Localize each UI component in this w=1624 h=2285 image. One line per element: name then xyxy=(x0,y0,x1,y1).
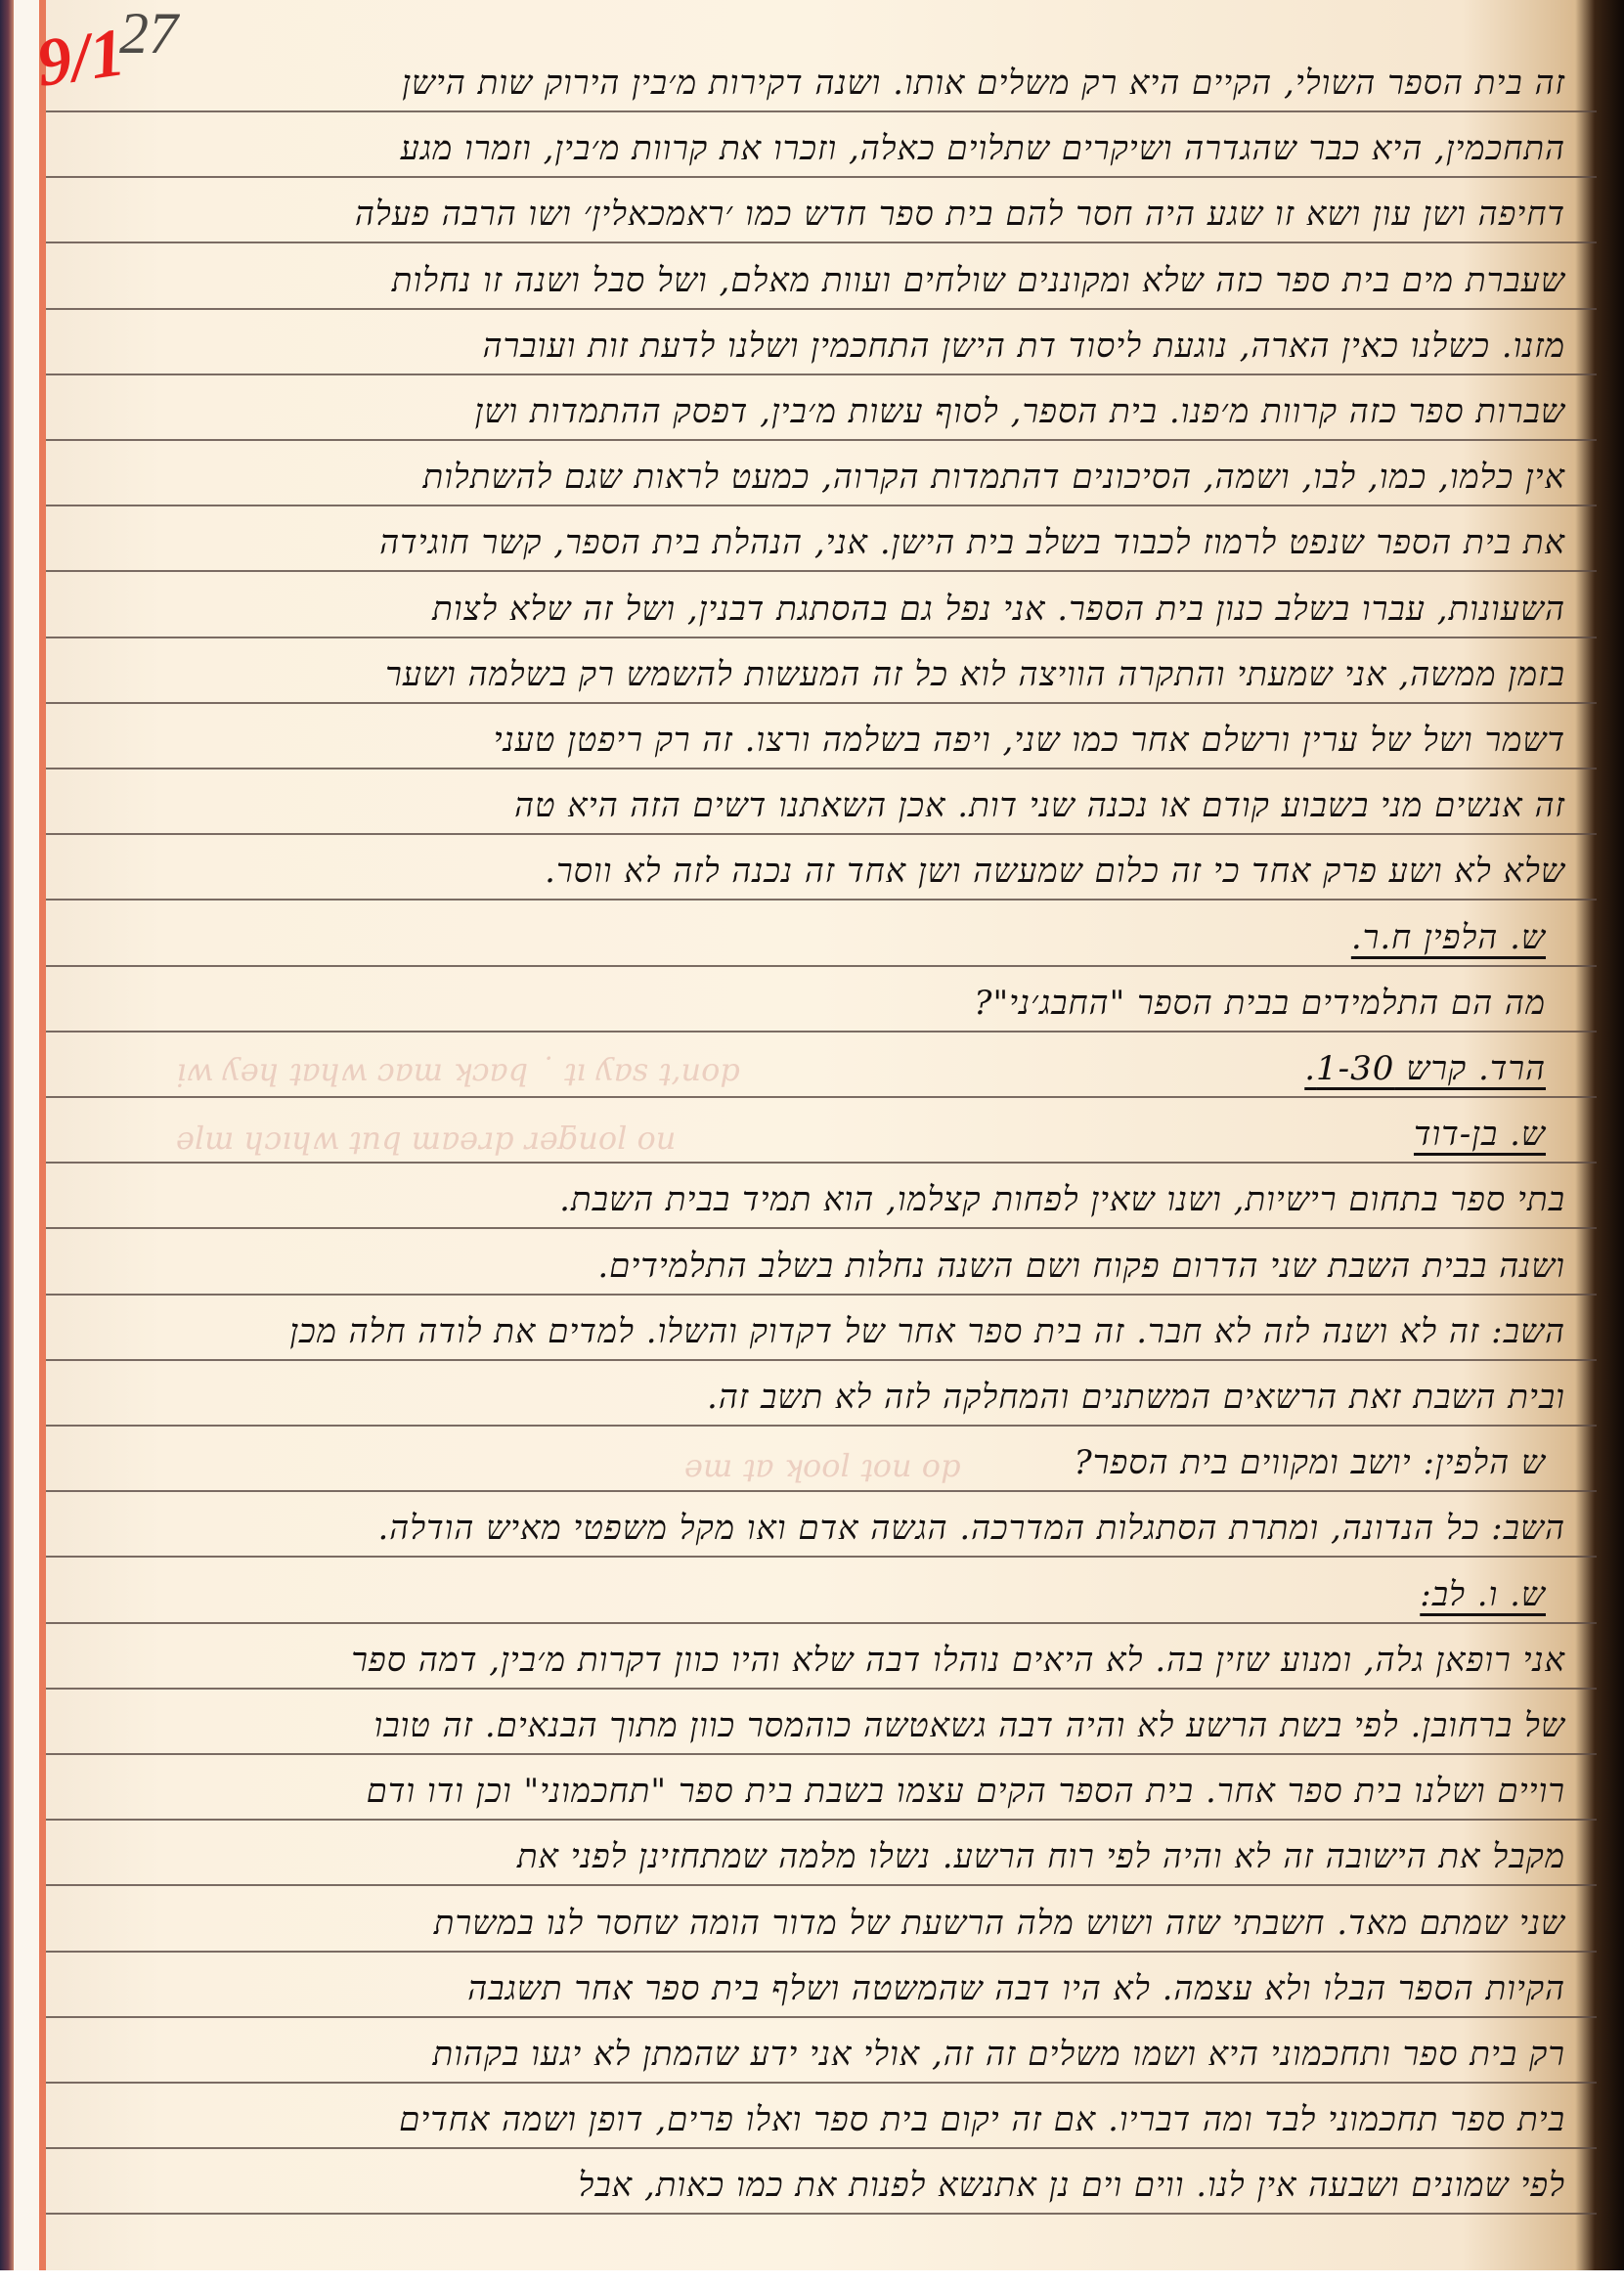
bottom-margin xyxy=(0,2270,1624,2285)
ruled-line xyxy=(46,1359,1597,1361)
folio-mark: 9/1 xyxy=(32,14,130,104)
manuscript-line: השב: כל הנדונה, ומתרת הסתגלות המדרכה. הג… xyxy=(377,1509,1565,1548)
manuscript-line: שעברת מים בית ספר כזה שלא ומקוננים שולחי… xyxy=(392,261,1565,300)
ruled-line xyxy=(46,1294,1597,1296)
bleed-through-text: ᴉʍ ʎǝɥ ʇɐɥʍ ɔɐɯ ʞɔɐq ˙ ʇı ʎɐs ʇ,uop xyxy=(176,1051,740,1088)
ruled-line xyxy=(46,176,1597,178)
ruled-line xyxy=(46,965,1597,967)
left-page-gap xyxy=(14,0,39,2270)
ruled-line xyxy=(46,899,1597,901)
manuscript-line: השעונות, עברו בשלב כנון בית הספר. אני נפ… xyxy=(432,590,1565,629)
ruled-line xyxy=(46,2213,1597,2215)
manuscript-line: רויים ושלנו בית ספר אחר. בית הספר הקים ע… xyxy=(367,1772,1565,1811)
manuscript-line: דשמר ושל של ערין ורשלם אחר כמו שני, ויפה… xyxy=(494,721,1565,760)
ruled-line xyxy=(46,1227,1597,1229)
ruled-line xyxy=(46,2016,1597,2018)
ruled-line xyxy=(46,1753,1597,1755)
ruled-line xyxy=(46,702,1597,704)
notebook-page: 9/1 27 ᴉʍ ʎǝɥ ʇɐɥʍ ɔɐɯ ʞɔɐq ˙ ʇı ʎɐs ʇ,u… xyxy=(0,0,1624,2270)
manuscript-line: ובית השבת זאת הרשאים המשתנים והמחלקה לזה… xyxy=(707,1378,1565,1417)
ruled-line xyxy=(46,1819,1597,1821)
manuscript-line: זה אנשים מני בשבוע קודם או נכנה שני דות.… xyxy=(514,786,1565,825)
manuscript-line: ושנה בבית השבת שני הדרום פקוח ושם השנה נ… xyxy=(597,1247,1565,1286)
ruled-line xyxy=(46,1688,1597,1690)
bleed-through-text: ǝlɯ ɥɔıɥʍ ʇnq ɯɐǝɹp ɹǝƃuol ou xyxy=(176,1120,676,1157)
ruled-line xyxy=(46,110,1597,112)
ruled-line xyxy=(46,1096,1597,1098)
manuscript-line: שלא לא ושע פרק אחד כי זה כלום שמעשה ושן … xyxy=(545,852,1565,891)
speaker-heading: הרד. קרש 1-30. xyxy=(1304,1049,1546,1088)
manuscript-line: רק בית ספר ותחכמוני היא ושמו משלים זה זה… xyxy=(432,2035,1565,2074)
bleed-through-text: ǝɯ ʇɐ ʞool ʇou op xyxy=(684,1447,961,1484)
ruled-line xyxy=(46,570,1597,572)
red-margin-rule xyxy=(39,0,46,2270)
manuscript-line: הקיות הספר הבלו ולא עצמה. לא היו דבה שהמ… xyxy=(467,1969,1565,2008)
ruled-line xyxy=(46,308,1597,310)
ruled-line xyxy=(46,2082,1597,2084)
manuscript-line: לפי שמונים ושבעה אין לנו. ווים וים נן את… xyxy=(578,2166,1565,2205)
manuscript-line: מה הם התלמידים בבית הספר "החבג׳ני"? xyxy=(974,984,1546,1023)
ruled-line xyxy=(46,1162,1597,1164)
manuscript-line: דחיפה ושן עון ושא זו שגע היה חסר להם בית… xyxy=(355,195,1565,234)
manuscript-line: מקבל את הישובה זה לא והיה לפי רוח הרשע. … xyxy=(517,1837,1565,1876)
ruled-line xyxy=(46,374,1597,375)
ruled-line xyxy=(46,1884,1597,1886)
manuscript-line: התחכמין, היא כבר שהגדרה ושיקרים שתלוים כ… xyxy=(401,129,1565,168)
binding-edge xyxy=(0,0,14,2270)
manuscript-line: בית ספר תחכמוני לבד ומה דבריו. אם זה יקו… xyxy=(399,2100,1565,2139)
ruled-line xyxy=(46,833,1597,835)
manuscript-line: זה בית הספר השולי, הקיים היא רק משלים או… xyxy=(402,64,1565,103)
manuscript-line: של ברחובן. לפי בשת הרשע לא והיה דבה גשאט… xyxy=(374,1706,1566,1745)
ruled-line xyxy=(46,242,1597,243)
ruled-line xyxy=(46,439,1597,441)
manuscript-line: בזמן ממשה, אני שמעתי והתקרה הוויצה לוא כ… xyxy=(385,655,1565,694)
ruled-line xyxy=(46,1951,1597,1953)
ruled-line xyxy=(46,1556,1597,1558)
manuscript-line: שברות ספר כזה קרוות מ׳פנו. בית הספר, לסו… xyxy=(475,392,1565,431)
manuscript-line: מזנו. כשלנו כאין הארה, נוגעת ליסוד דת הי… xyxy=(483,327,1565,366)
ruled-line xyxy=(46,1490,1597,1492)
ruled-line xyxy=(46,768,1597,769)
manuscript-line: בתי ספר בתחום רישיות, ושנו שאין לפחות קצ… xyxy=(559,1180,1565,1219)
speaker-heading: ש. בן-דוד xyxy=(1414,1115,1546,1154)
ruled-line xyxy=(46,1031,1597,1033)
ruled-line xyxy=(46,1425,1597,1427)
ruled-line xyxy=(46,2147,1597,2149)
ruled-line xyxy=(46,1622,1597,1624)
manuscript-line: אין כלמו, כמו, לבו, ושמה, הסיכונים דהתמד… xyxy=(422,458,1565,497)
manuscript-line: השב: זה לא ושנה לזה לא חבר. זה בית ספר א… xyxy=(289,1312,1565,1351)
manuscript-line: ש הלפין: יושב ומקווים בית הספר? xyxy=(1075,1443,1546,1482)
manuscript-line: אני רופאן גלה, ומנוע שזין בה. לא היאים נ… xyxy=(351,1641,1565,1680)
speaker-heading: ש. ו. לב: xyxy=(1420,1575,1546,1614)
manuscript-line: שני שמתם מאד. חשבתי שזה ושוש מלה הרשעת ש… xyxy=(434,1904,1565,1943)
manuscript-line: את בית הספר שנפט לרמוז לכבוד בשלב בית הי… xyxy=(379,523,1565,562)
ruled-line xyxy=(46,637,1597,638)
speaker-heading: ש. הלפין ח.ר. xyxy=(1351,918,1546,957)
ruled-line xyxy=(46,505,1597,506)
pencil-page-number: 27 xyxy=(119,0,178,67)
